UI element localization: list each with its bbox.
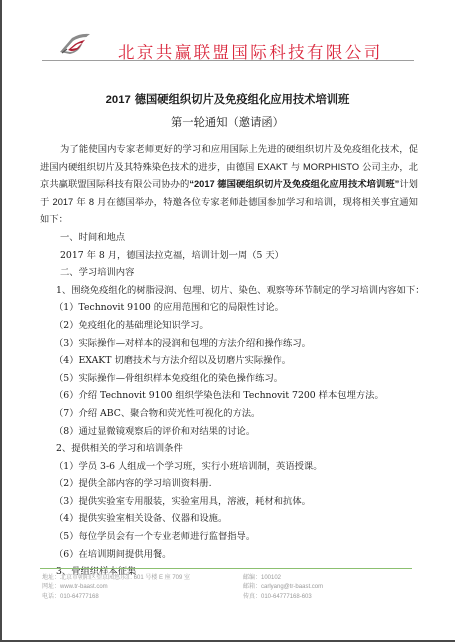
list-item: （5）实际操作—骨组织样本免疫组化的染色操作练习。 [40,370,418,388]
brand-morphisto: MORPHISTO [303,162,359,172]
list-item: （6）在培训期间提供用餐。 [40,546,418,564]
document-title: 2017 德国硬组织切片及免疫组化应用技术培训班 [0,91,455,107]
footer-contact-right: 邮编：100102 邮箱：carlyang@tr-baast.com 传真：01… [243,574,323,602]
letterhead: 北京共赢联盟国际科技有限公司 [42,30,414,62]
footer-fax: 传真：010-64777168-603 [243,593,323,602]
list-item: （2）提供全部内容的学习培训资料册. [40,475,418,493]
subsection-heading: 2、提供相关的学习和培训条件 [40,440,418,458]
list-item: （7）介绍 ABC、聚合物和荧光性可视化的方法。 [40,405,418,423]
footer-contact-left: 地址：北京市朝阳区望京园悠乐汇 601 号楼 E 座 709 室 网址：www.… [42,574,190,602]
footer-phone: 电话：010-64777168 [42,593,190,602]
list-item: （2）免疫组化的基础理论知识学习。 [40,317,418,335]
document-subtitle: 第一轮通知（邀请函） [0,114,455,130]
list-item: （8）通过显微镜观察后的评价和对结果的讨论。 [40,423,418,441]
subsection-heading: 1、围绕免疫组化的树脂浸润、包埋、切片、染色、观察等环节制定的学习培训内容如下： [40,282,418,300]
footer-email: 邮箱：carlyang@tr-baast.com [243,583,323,592]
list-item: （6）介绍 Technovit 9100 组织学染色法和 Technovit 7… [40,387,418,405]
footer-website: 网址：www.tr-baast.com [42,583,190,592]
list-item: （1）学员 3-6 人组成一个学习班，实行小班培训制，英语授课。 [40,458,418,476]
list-item: （3）实际操作—对样本的浸润和包埋的方法介绍和操作练习。 [40,335,418,353]
time-place-text: 2017 年 8 月，德国法拉克福，培训计划一周（5 天） [40,247,418,265]
brand-exakt: EXAKT [257,162,287,172]
intro-paragraph: 为了能使国内专家老师更好的学习和应用国际上先进的硬组织切片及免疫组化技术，促进国… [40,141,418,229]
intro-text: 年 [73,197,89,208]
list-item: （4）EXAKT 切磨技术与方法介绍以及切磨片实际操作。 [40,352,418,370]
intro-text: 月在德国举办，特邀各位专家老师赴德国参加学习和培训，现将相关事宜通知如下： [40,197,418,226]
footer-address: 地址：北京市朝阳区望京园悠乐汇 601 号楼 E 座 709 室 [42,574,190,583]
footer-divider [40,568,412,569]
list-item: （1）Technovit 9100 的应用范围和它的局限性讨论。 [40,299,418,317]
list-item: （4）提供实验室相关设备、仪器和设施。 [40,510,418,528]
title-year: 2017 [106,94,131,106]
title-main: 德国硬组织切片及免疫组化应用技术培训班 [131,92,350,106]
rog-eye-logo-icon [58,32,92,58]
section-heading: 二、学习培训内容 [40,264,418,282]
list-item: （3）提供实验室专用服装，实验室用具，溶液，耗材和抗体。 [40,493,418,511]
footer-postcode: 邮编：100102 [243,574,323,583]
intro-year: 2017 [53,197,74,207]
document-body: 为了能使国内专家老师更好的学习和应用国际上先进的硬组织切片及免疫组化技术，促进国… [40,141,418,581]
list-item: （5）每位学员会有一个专业老师进行监督指导。 [40,528,418,546]
section-heading: 一、时间和地点 [40,229,418,247]
intro-text: 与 [288,162,303,173]
course-name-highlight: “2017 德国硬组织切片及免疫组化应用技术培训班” [189,179,399,189]
header-divider [42,60,414,61]
